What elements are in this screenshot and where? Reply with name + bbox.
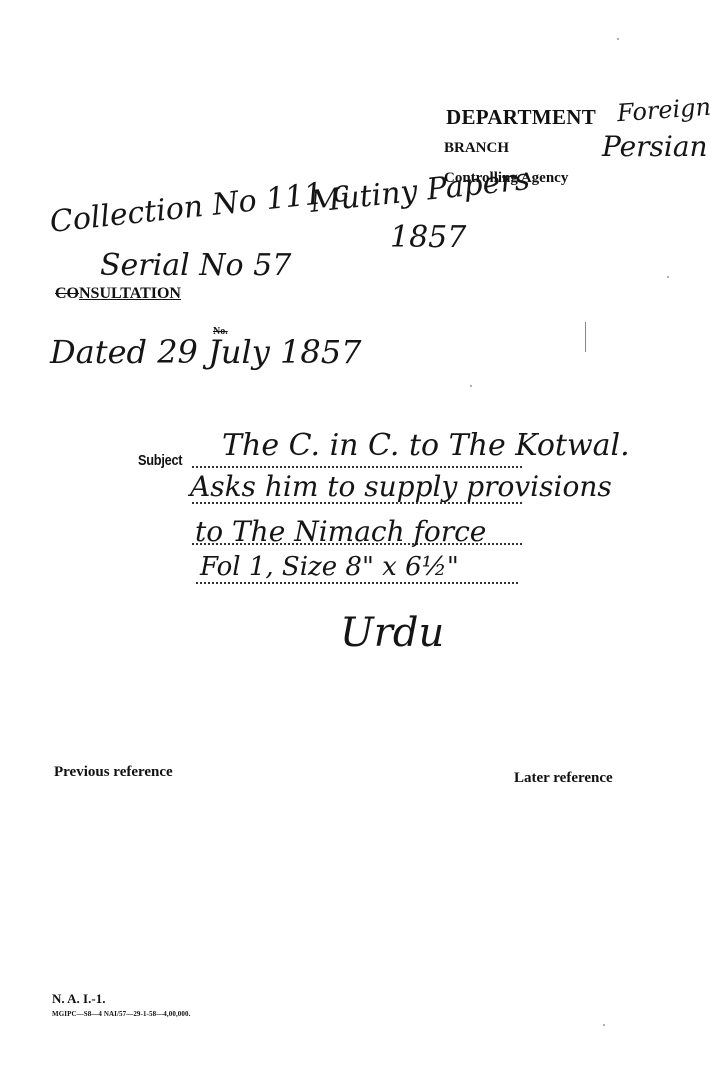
scan-speck: [603, 1024, 605, 1026]
consultation-struck-prefix: CO: [55, 285, 79, 302]
language-note: Urdu: [340, 610, 444, 656]
collection-year: 1857: [390, 220, 466, 255]
subject-dotted-line-4: [196, 582, 518, 584]
print-line: MGIPC—S8—4 NAI/57—29-1-58—4,00,000.: [52, 1010, 190, 1018]
previous-reference-label: Previous reference: [54, 764, 173, 781]
subject-line-2: Asks him to supply provisions: [190, 470, 612, 503]
subject-dotted-line-1: [192, 466, 522, 468]
subject-label: Subject: [138, 452, 182, 469]
scan-speck: [617, 38, 619, 40]
branch-label: BRANCH: [444, 140, 509, 157]
collection-title: Mutiny Papers: [308, 162, 531, 220]
serial-number: Serial No 57: [100, 248, 291, 283]
collection-number: Collection No 111 c: [48, 174, 351, 240]
department-label: DEPARTMENT: [446, 105, 596, 130]
scan-speck: [667, 276, 669, 278]
consultation-rest: NSULTATION: [79, 285, 181, 302]
branch-value: Persian: [602, 130, 708, 163]
scan-mark: [585, 322, 586, 352]
consultation-date: Dated 29 July 1857: [50, 333, 361, 371]
subject-line-1: The C. in C. to The Kotwal.: [222, 428, 630, 463]
scan-speck: [470, 385, 472, 387]
department-value: Foreign: [616, 93, 712, 127]
subject-line-4: Fol 1, Size 8" x 6½": [200, 552, 459, 582]
later-reference-label: Later reference: [514, 770, 613, 787]
form-id: N. A. I.-1.: [52, 991, 105, 1007]
consultation-label: CONSULTATION: [55, 285, 181, 303]
subject-line-3: to The Nimach force: [195, 515, 486, 548]
